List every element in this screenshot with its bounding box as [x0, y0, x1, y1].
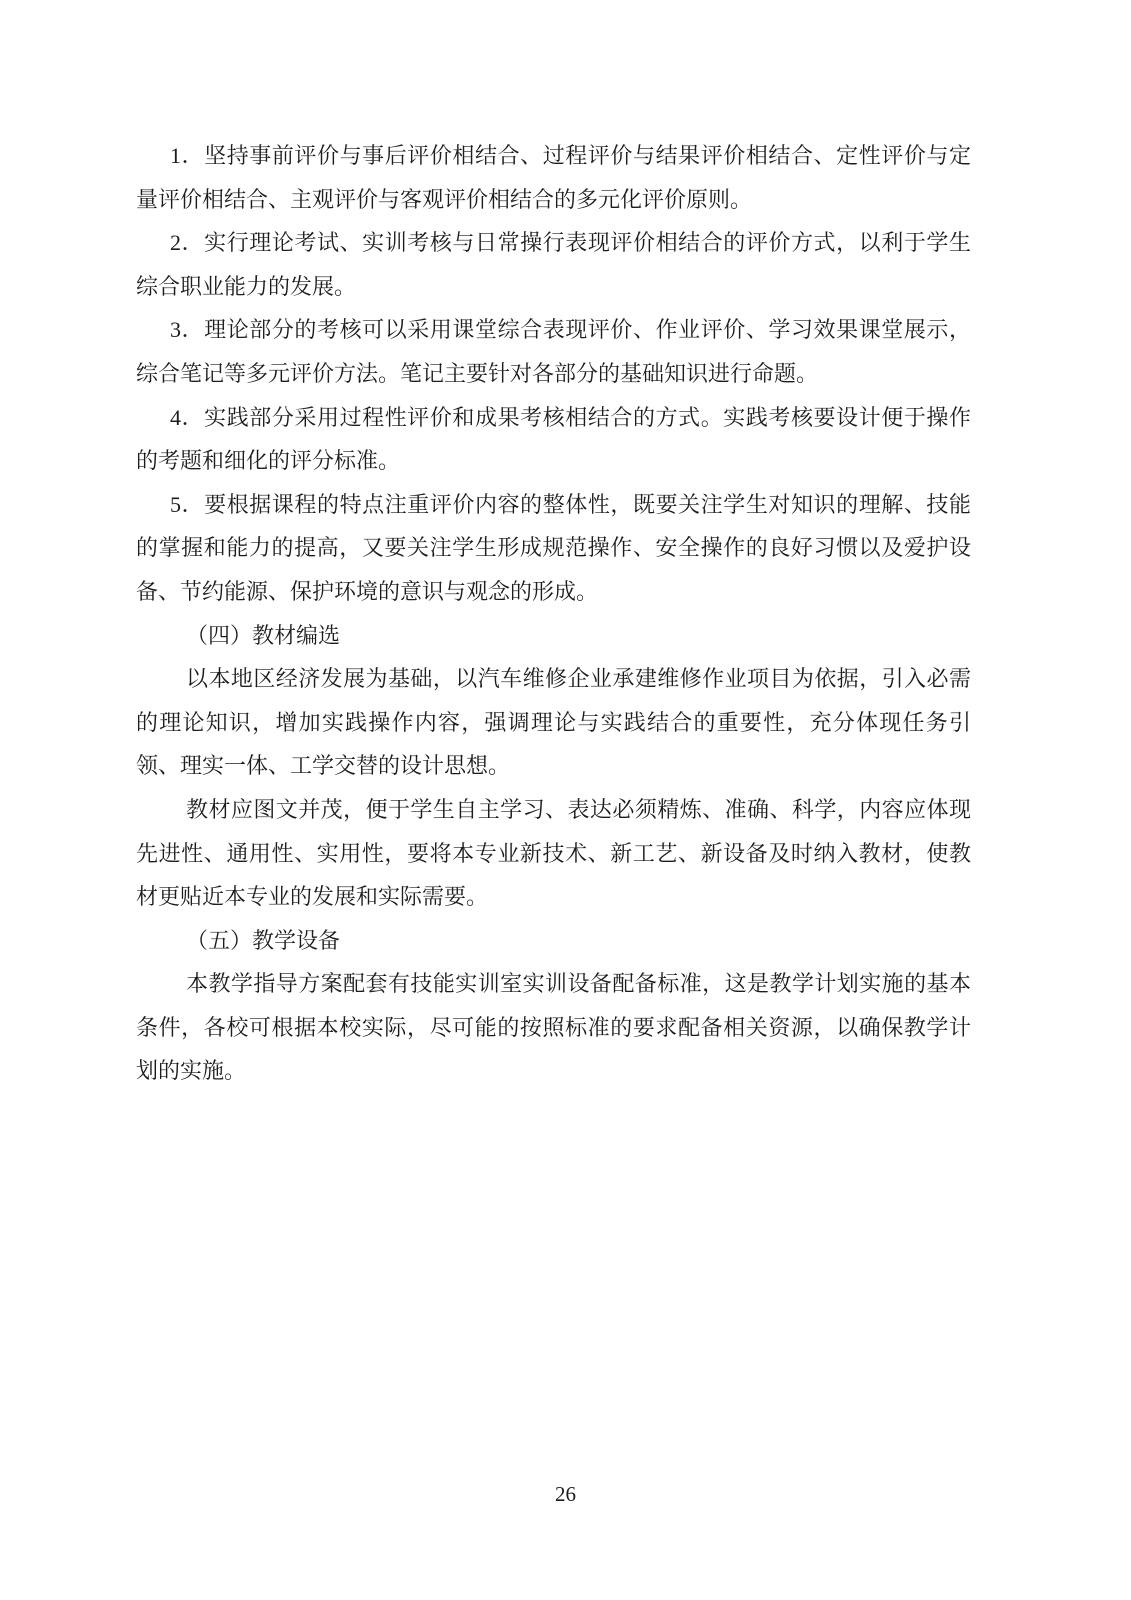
- page-footer: 26: [0, 1481, 1131, 1507]
- section-heading-textbook-selection: （四）教材编选: [136, 614, 971, 658]
- document-body-text: 1．坚持事前评价与事后评价相结合、过程评价与结果评价相结合、定性评价与定量评价相…: [136, 134, 971, 1093]
- numbered-item-4: 4．实践部分采用过程性评价和成果考核相结合的方式。实践考核要设计便于操作的考题和…: [136, 396, 971, 483]
- numbered-item-3: 3．理论部分的考核可以采用课堂综合表现评价、作业评价、学习效果课堂展示，综合笔记…: [136, 308, 971, 395]
- numbered-item-1: 1．坚持事前评价与事后评价相结合、过程评价与结果评价相结合、定性评价与定量评价相…: [136, 134, 971, 221]
- numbered-item-5: 5．要根据课程的特点注重评价内容的整体性，既要关注学生对知识的理解、技能的掌握和…: [136, 483, 971, 614]
- page-number: 26: [555, 1482, 576, 1506]
- section-heading-teaching-equipment: （五）教学设备: [136, 919, 971, 963]
- numbered-item-2: 2．实行理论考试、实训考核与日常操行表现评价相结合的评价方式，以利于学生综合职业…: [136, 221, 971, 308]
- document-page: 1．坚持事前评价与事后评价相结合、过程评价与结果评价相结合、定性评价与定量评价相…: [0, 0, 1131, 1600]
- paragraph-teaching-equipment: 本教学指导方案配套有技能实训室实训设备配备标准，这是教学计划实施的基本条件，各校…: [136, 962, 971, 1093]
- paragraph-textbook-basis: 以本地区经济发展为基础，以汽车维修企业承建维修作业项目为依据，引入必需的理论知识…: [136, 657, 971, 788]
- paragraph-textbook-quality: 教材应图文并茂，便于学生自主学习、表达必须精炼、准确、科学，内容应体现先进性、通…: [136, 788, 971, 919]
